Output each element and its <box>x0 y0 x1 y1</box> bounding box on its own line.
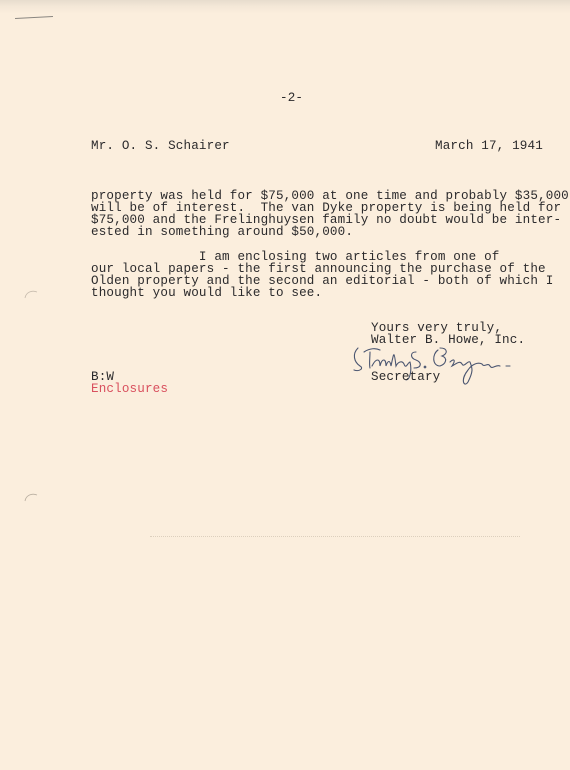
letter-date: March 17, 1941 <box>435 140 543 152</box>
faint-bleedthrough-line <box>150 536 520 538</box>
stray-pencil-mark <box>15 16 53 19</box>
letter-page: -2- Mr. O. S. Schairer March 17, 1941 pr… <box>0 0 570 770</box>
recipient-name: Mr. O. S. Schairer <box>91 140 230 152</box>
faint-pencil-mark <box>22 287 42 301</box>
paragraph-1-line: ested in something around $50,000. <box>91 226 353 238</box>
enclosures-note: Enclosures <box>91 383 168 395</box>
paragraph-2-line: thought you would like to see. <box>91 287 322 299</box>
signer-title: Secretary <box>371 371 440 383</box>
faint-pencil-mark <box>22 490 42 504</box>
page-number: -2- <box>280 92 303 104</box>
